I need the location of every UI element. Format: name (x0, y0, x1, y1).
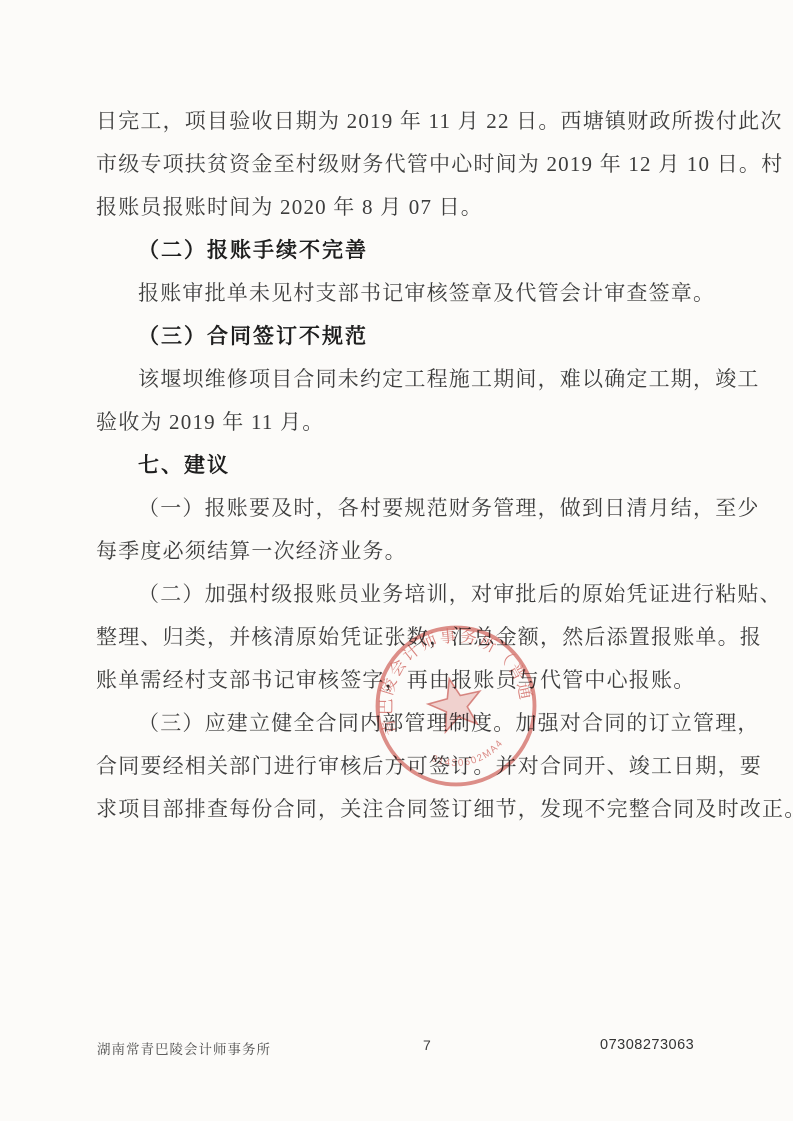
document-page: 日完工，项目验收日期为 2019 年 11 月 22 日。西塘镇财政所拨付此次市… (0, 0, 793, 1121)
text-line: （一）报账要及时，各村要规范财务管理，做到日清月结，至少 (96, 487, 700, 530)
text-line: 报账审批单未见村支部书记审核签章及代管会计审查签章。 (96, 272, 700, 315)
seal-star-icon (423, 672, 487, 734)
text-line: 验收为 2019 年 11 月。 (96, 401, 700, 444)
footer-phone: 07308273063 (600, 1037, 694, 1053)
text-line: 报账员报账时间为 2020 年 8 月 07 日。 (96, 186, 700, 229)
section-heading: （三）合同签订不规范 (96, 315, 700, 358)
text-line: 日完工，项目验收日期为 2019 年 11 月 22 日。西塘镇财政所拨付此次 (96, 100, 700, 143)
section-heading: 七、建议 (96, 444, 700, 487)
text-line: 该堰坝维修项目合同未约定工程施工期间，难以确定工期，竣工 (96, 358, 700, 401)
text-line: 每季度必须结算一次经济业务。 (96, 530, 700, 573)
footer-firm-name: 湖南常青巴陵会计师事务所 (97, 1038, 271, 1058)
text-line: （二）加强村级报账员业务培训，对审批后的原始凭证进行粘贴、 (96, 573, 700, 616)
page-footer: 湖南常青巴陵会计师事务所 7 07308273063 (0, 1036, 793, 1060)
seal-code-text: 91430602MA4 (428, 736, 509, 777)
text-line: 市级专项扶贫资金至村级财务代管中心时间为 2019 年 12 月 10 日。村 (96, 143, 700, 186)
svg-text:91430602MA4: 91430602MA4 (428, 736, 509, 777)
page-number: 7 (423, 1037, 431, 1053)
section-heading: （二）报账手续不完善 (96, 229, 700, 272)
